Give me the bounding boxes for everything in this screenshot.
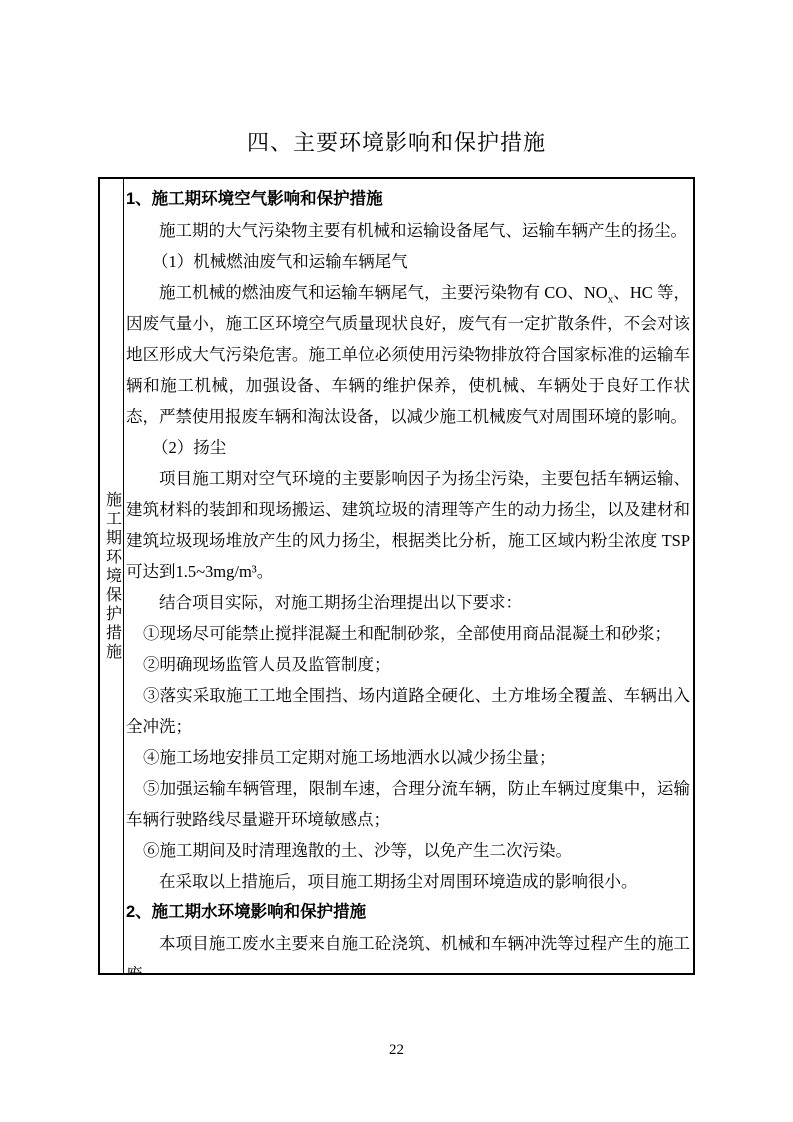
section-heading: 1、施工期环境空气影响和保护措施 — [126, 184, 690, 215]
page-number: 22 — [0, 1042, 793, 1059]
paragraph: （2）扬尘 — [126, 432, 690, 463]
paragraph: 结合项目实际，对施工期扬尘治理提出以下要求： — [126, 587, 690, 618]
paragraph: ⑥施工期间及时清理逸散的土、沙等，以免产生二次污染。 — [126, 835, 690, 866]
paragraph: ⑤加强运输车辆管理，限制车速，合理分流车辆，防止车辆过度集中，运输车辆行驶路线尽… — [126, 773, 690, 835]
paragraph: ②明确现场监管人员及监管制度； — [126, 649, 690, 680]
table-row-header: 施工期环境保护措施 — [100, 179, 124, 973]
paragraph: 施工机械的燃油废气和运输车辆尾气，主要污染物有 CO、NOx、HC 等，因废气量… — [126, 277, 690, 432]
paragraph: 本项目施工废水主要来自施工砼浇筑、机械和车辆冲洗等过程产生的施工废 — [126, 928, 690, 973]
paragraph: 施工期的大气污染物主要有机械和运输设备尾气、运输车辆产生的扬尘。 — [126, 215, 690, 246]
paragraph: （1）机械燃油废气和运输车辆尾气 — [126, 246, 690, 277]
paragraph: ③落实采取施工工地全围挡、场内道路全硬化、土方堆场全覆盖、车辆出入全冲洗； — [126, 680, 690, 742]
subscript: x — [608, 293, 614, 305]
paragraph: ①现场尽可能禁止搅拌混凝土和配制砂浆，全部使用商品混凝土和砂浆； — [126, 618, 690, 649]
document-page: 四、主要环境影响和保护措施 施工期环境保护措施 1、施工期环境空气影响和保护措施… — [0, 0, 793, 1122]
row-header-label: 施工期环境保护措施 — [100, 491, 124, 662]
page-title: 四、主要环境影响和保护措施 — [0, 128, 793, 158]
table-content-cell: 1、施工期环境空气影响和保护措施施工期的大气污染物主要有机械和运输设备尾气、运输… — [124, 179, 693, 973]
measures-table: 施工期环境保护措施 1、施工期环境空气影响和保护措施施工期的大气污染物主要有机械… — [98, 177, 695, 975]
paragraph: ④施工场地安排员工定期对施工场地洒水以减少扬尘量； — [126, 742, 690, 773]
section-heading: 2、施工期水环境影响和保护措施 — [126, 897, 690, 928]
paragraph: 项目施工期对空气环境的主要影响因子为扬尘污染，主要包括车辆运输、建筑材料的装卸和… — [126, 463, 690, 587]
paragraph: 在采取以上措施后，项目施工期扬尘对周围环境造成的影响很小。 — [126, 866, 690, 897]
